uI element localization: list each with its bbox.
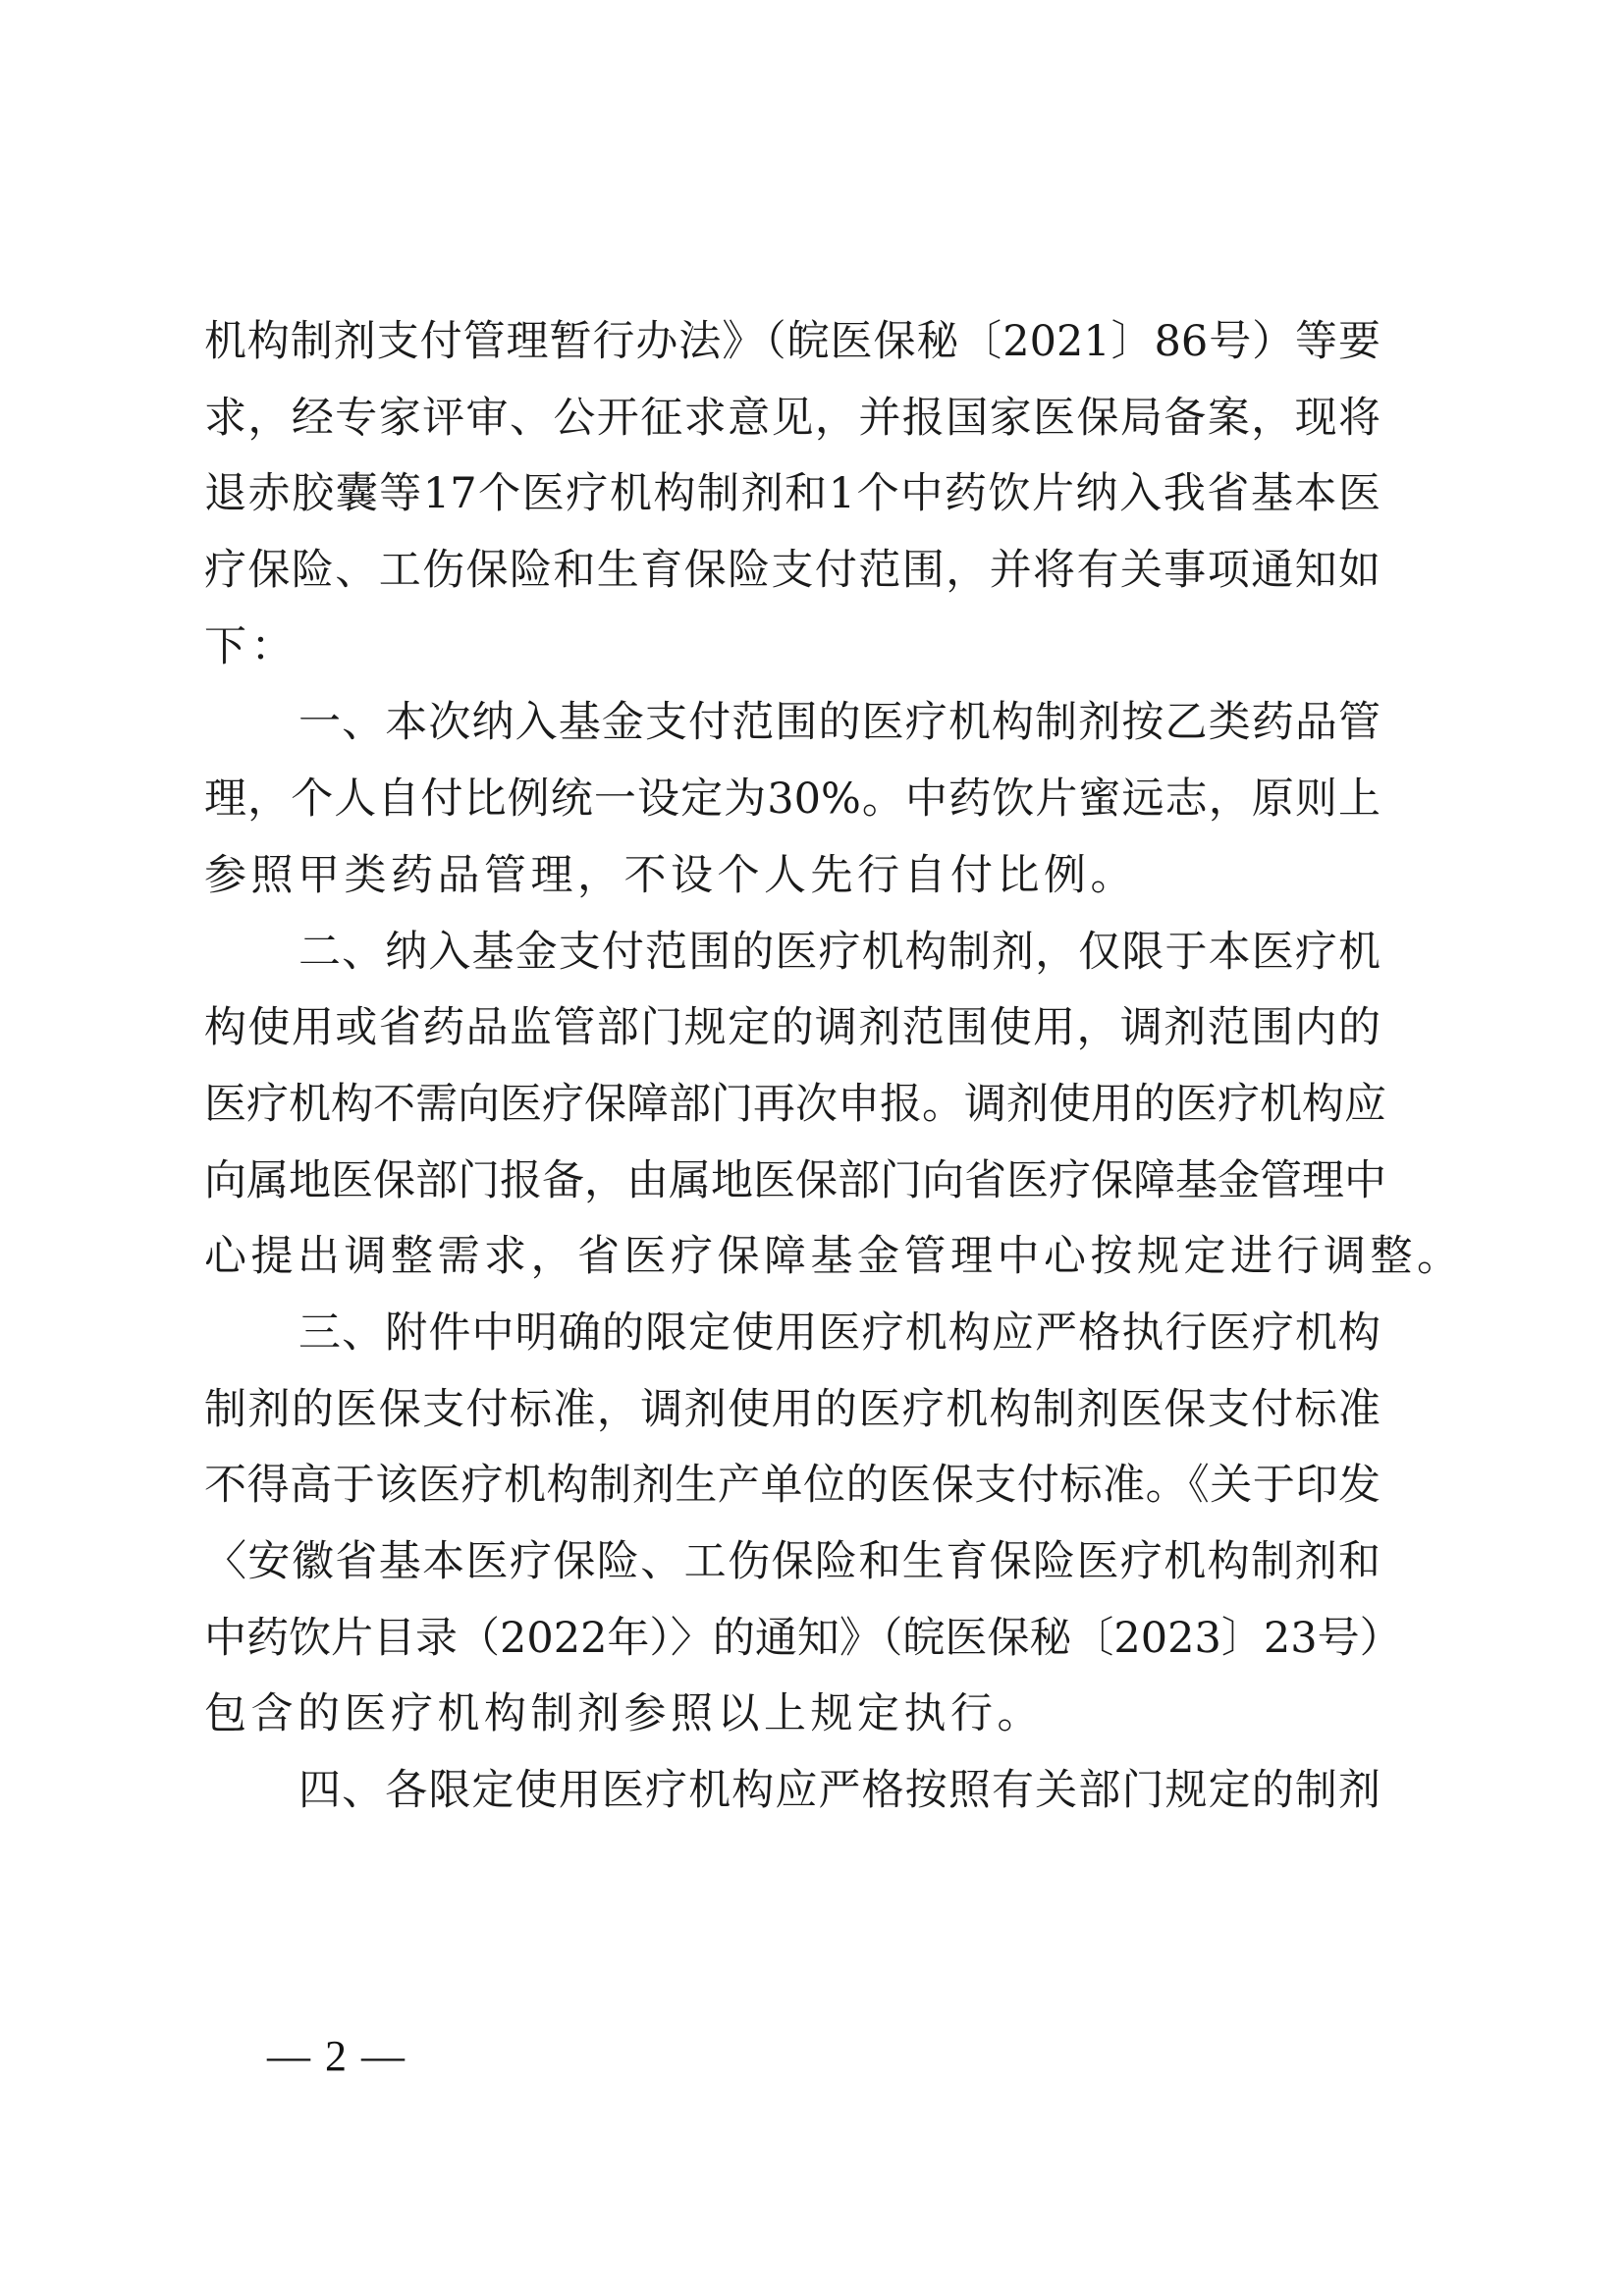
page-number: — 2 — (267, 2032, 406, 2081)
text-line: 制剂的医保支付标准，调剂使用的医疗机构制剂医保支付标准 (204, 1380, 1380, 1457)
paragraph-item-3: 三、附件中明确的限定使用医疗机构应严格执行医疗机构 制剂的医保支付标准，调剂使用… (204, 1304, 1380, 1761)
text-line: 四、各限定使用医疗机构应严格按照有关部门规定的制剂 (204, 1761, 1380, 1838)
text-line: 机构制剂支付管理暂行办法》（皖医保秘〔2021〕86号）等要 (204, 312, 1380, 389)
text-line: 下： (204, 617, 1380, 694)
paragraph-item-4: 四、各限定使用医疗机构应严格按照有关部门规定的制剂 (204, 1761, 1380, 1838)
text-line: 一、本次纳入基金支付范围的医疗机构制剂按乙类药品管 (204, 693, 1380, 770)
text-line: 退赤胶囊等17个医疗机构制剂和1个中药饮片纳入我省基本医 (204, 464, 1380, 541)
text-line: 心提出调整需求，省医疗保障基金管理中心按规定进行调整。 (204, 1227, 1380, 1304)
text-line: 不得高于该医疗机构制剂生产单位的医保支付标准。《关于印发 (204, 1456, 1380, 1532)
text-line: 构使用或省药品监管部门规定的调剂范围使用，调剂范围内的 (204, 998, 1380, 1075)
text-line: 三、附件中明确的限定使用医疗机构应严格执行医疗机构 (204, 1304, 1380, 1380)
text-line: 理，个人自付比例统一设定为30%。中药饮片蜜远志，原则上 (204, 770, 1380, 846)
text-line: 求，经专家评审、公开征求意见，并报国家医保局备案，现将 (204, 389, 1380, 465)
text-line: 医疗机构不需向医疗保障部门再次申报。调剂使用的医疗机构应 (204, 1075, 1380, 1151)
document-body: 机构制剂支付管理暂行办法》（皖医保秘〔2021〕86号）等要 求，经专家评审、公… (204, 312, 1380, 1838)
text-line: 中药饮片目录（2022年）〉的通知》（皖医保秘〔2023〕23号） (204, 1609, 1380, 1685)
text-line: 向属地医保部门报备，由属地医保部门向省医疗保障基金管理中 (204, 1151, 1380, 1228)
document-page: 机构制剂支付管理暂行办法》（皖医保秘〔2021〕86号）等要 求，经专家评审、公… (0, 0, 1624, 2296)
paragraph-item-2: 二、纳入基金支付范围的医疗机构制剂，仅限于本医疗机 构使用或省药品监管部门规定的… (204, 923, 1380, 1304)
paragraph-item-1: 一、本次纳入基金支付范围的医疗机构制剂按乙类药品管 理，个人自付比例统一设定为3… (204, 693, 1380, 922)
text-line: 〈安徽省基本医疗保险、工伤保险和生育保险医疗机构制剂和 (204, 1532, 1380, 1609)
text-line: 二、纳入基金支付范围的医疗机构制剂，仅限于本医疗机 (204, 923, 1380, 999)
text-line: 参照甲类药品管理，不设个人先行自付比例。 (204, 846, 1380, 923)
paragraph-intro-continued: 机构制剂支付管理暂行办法》（皖医保秘〔2021〕86号）等要 求，经专家评审、公… (204, 312, 1380, 693)
text-line: 包含的医疗机构制剂参照以上规定执行。 (204, 1684, 1380, 1761)
text-line: 疗保险、工伤保险和生育保险支付范围，并将有关事项通知如 (204, 541, 1380, 617)
